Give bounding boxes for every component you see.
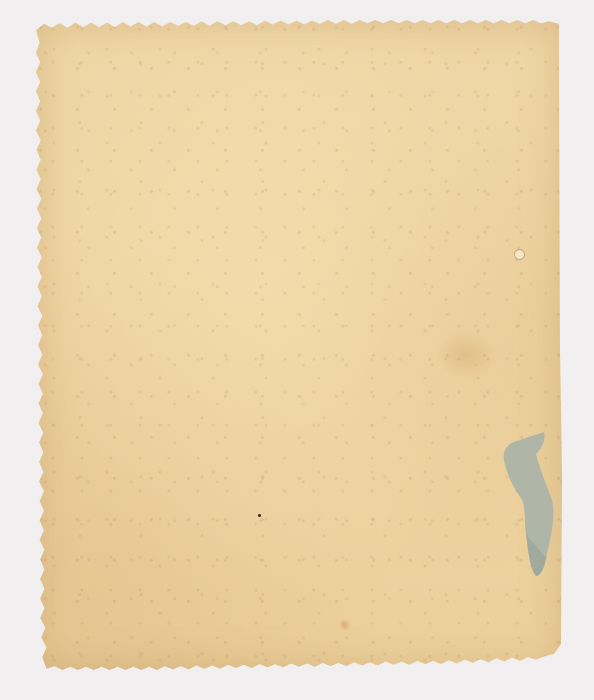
paper-stain	[436, 330, 496, 380]
punch-hole	[514, 249, 525, 260]
ink-spot	[258, 514, 261, 517]
tape-remnant-icon	[496, 430, 566, 580]
paper-card	[36, 20, 562, 670]
scan-scene	[0, 0, 594, 700]
foxing-spot	[338, 620, 352, 630]
